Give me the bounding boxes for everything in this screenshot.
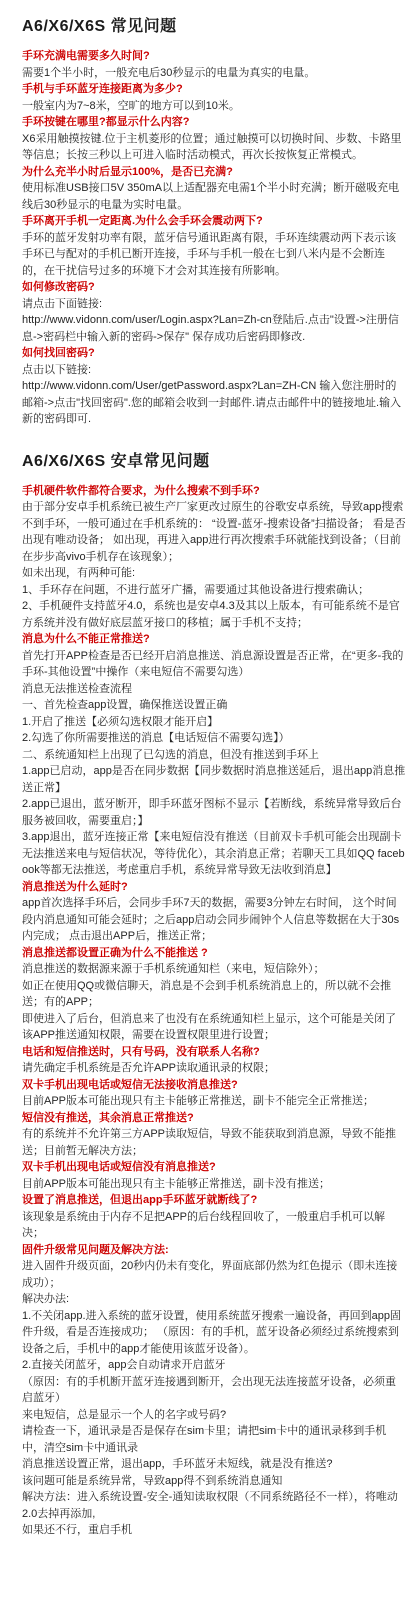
faq-answer: 1.app已启动，app是否在同步数据【同步数据时消息推送延后，退出app消息推…	[22, 763, 406, 796]
faq-question: 消息推送都设置正确为什么不能推送 ?	[22, 945, 406, 962]
faq-answer: 2.app已退出，蓝牙断开，即手环蓝牙图标不显示【若断线，系统异常导致后台服务被…	[22, 796, 406, 829]
faq-question: 如何修改密码?	[22, 279, 406, 296]
faq-answer: 目前APP版本可能出现只有主卡能够正常推送，副卡不能完全正常推送；	[22, 1093, 406, 1110]
faq-question: 消息推送为什么延时?	[22, 879, 406, 896]
faq-answer: http://www.vidonn.com/User/getPassword.a…	[22, 378, 406, 428]
faq-question: 手机硬件软件都符合要求，为什么搜索不到手环?	[22, 483, 406, 500]
faq-answer: 首先打开APP检查是否已经开启消息推送、消息源设置是否正常，在“更多-我的手环-…	[22, 648, 406, 681]
faq-question: 双卡手机出现电话或短信无法接收消息推送?	[22, 1077, 406, 1094]
section-title: A6/X6/X6S 常见问题	[22, 17, 406, 37]
faq-answer: 2、手机硬件支持蓝牙4.0，系统也是安卓4.3及其以上版本，有可能系统不是官方系…	[22, 598, 406, 631]
faq-question: 消息为什么不能正常推送?	[22, 631, 406, 648]
faq-question: 手环离开手机一定距离.为什么会手环会震动两下?	[22, 213, 406, 230]
faq-answer: 1.不关闭app.进入系统的蓝牙设置，使用系统蓝牙搜索一遍设备，再回到app固件…	[22, 1308, 406, 1358]
faq-answer: http://www.vidonn.com/user/Login.aspx?La…	[22, 312, 406, 345]
faq-answer: （原因：有的手机断开蓝牙连接遇到断开，会出现无法连接蓝牙设备，必须重启蓝牙）	[22, 1374, 406, 1407]
faq-question: 手环充满电需要多久时间?	[22, 48, 406, 65]
faq-question: 设置了消息推送，但退出app手环蓝牙就断线了?	[22, 1192, 406, 1209]
faq-answer: 请先确定手机系统是否允许APP读取通讯录的权限；	[22, 1060, 406, 1077]
faq-answer: 一般室内为7~8米，空旷的地方可以到10米。	[22, 98, 406, 115]
faq-answer: 来电短信，总是显示一个人的名字或号码?	[22, 1407, 406, 1424]
faq-answer: 如未出现，有两种可能:	[22, 565, 406, 582]
faq-answer: 手环的蓝牙发射功率有限，蓝牙信号通讯距离有限，手环连续震动两下表示该手环已与配对…	[22, 230, 406, 280]
faq-answer: 消息无法推送检查流程	[22, 681, 406, 698]
faq-answer: 该现象是系统由于内存不足把APP的后台线程回收了，一般重启手机可以解决；	[22, 1209, 406, 1242]
faq-question: 如何找回密码?	[22, 345, 406, 362]
faq-answer: 消息推送的数据源来源于手机系统通知栏（来电，短信除外）；	[22, 961, 406, 978]
faq-answer: 进入固件升级页面，20秒内仍未有变化，界面底部仍然为红色提示（即未连接成功）；	[22, 1258, 406, 1291]
faq-answer: 目前APP版本可能出现只有主卡能够正常推送，副卡没有推送；	[22, 1176, 406, 1193]
faq-answer: 一、首先检查app设置，确保推送设置正确	[22, 697, 406, 714]
faq-answer: 3.app退出，蓝牙连接正常【来电短信没有推送（目前双卡手机可能会出现副卡无法推…	[22, 829, 406, 879]
faq-answer: 消息推送设置正常，退出app，手环蓝牙未短线，就是没有推送?	[22, 1456, 406, 1473]
faq-answer: 即使进入了后台，但消息来了也没有在系统通知栏上显示，这个可能是关闭了该APP推送…	[22, 1011, 406, 1044]
faq-question: 手环按键在哪里?都显示什么内容?	[22, 114, 406, 131]
faq-question: 短信没有推送，其余消息正常推送?	[22, 1110, 406, 1127]
faq-answer: 使用标准USB接口5V 350mA以上适配器充电需1个半小时充满；断开磁吸充电线…	[22, 180, 406, 213]
faq-answer: 该问题可能是系统异常，导致app得不到系统消息通知	[22, 1473, 406, 1490]
faq-question: 双卡手机出现电话或短信没有消息推送?	[22, 1159, 406, 1176]
faq-answer: 点击以下链接:	[22, 362, 406, 379]
faq-answer: 2.勾选了你所需要推送的消息【电话短信不需要勾选】）	[22, 730, 406, 747]
faq-answer: 由于部分安卓手机系统已被生产厂家更改过原生的谷歌安卓系统，导致app搜索不到手环…	[22, 499, 406, 565]
faq-question: 手机与手环蓝牙连接距离为多少?	[22, 81, 406, 98]
faq-answer: 1、手环存在问题，不进行蓝牙广播，需要通过其他设备进行搜索确认；	[22, 582, 406, 599]
faq-answer: 解决方法：进入系统设置-安全-通知读取权限（不同系统路径不一样），将唯动2.0去…	[22, 1489, 406, 1522]
faq-answer: app首次选择手环后，会同步手环7天的数据，需要3分钟左右时间， 这个时间段内消…	[22, 895, 406, 945]
faq-answer: X6采用触摸按键.位于主机菱形的位置；通过触摸可以切换时间、步数、卡路里等信息；…	[22, 131, 406, 164]
faq-answer: 如果还不行，重启手机	[22, 1522, 406, 1539]
faq-answer: 二、系统通知栏上出现了已勾选的消息，但没有推送到手环上	[22, 747, 406, 764]
faq-answer: 1.开启了推送【必须勾选权限才能开启】	[22, 714, 406, 731]
faq-question: 为什么充半小时后显示100%，是否已充满?	[22, 164, 406, 181]
faq-answer: 如正在使用QQ或微信聊天，消息是不会到手机系统消息上的，所以就不会推送；有的AP…	[22, 978, 406, 1011]
faq-answer: 解决办法:	[22, 1291, 406, 1308]
faq-answer: 请检查一下，通讯录是否是保存在sim卡里；请把sim卡中的通讯录移到手机中，清空…	[22, 1423, 406, 1456]
faq-answer: 2.直接关闭蓝牙，app会自动请求开启蓝牙	[22, 1357, 406, 1374]
faq-answer: 有的系统并不允许第三方APP读取短信，导致不能获取到消息源，导致不能推送；目前暂…	[22, 1126, 406, 1159]
faq-answer: 请点击下面链接:	[22, 296, 406, 313]
section-title: A6/X6/X6S 安卓常见问题	[22, 452, 406, 472]
faq-document: A6/X6/X6S 常见问题手环充满电需要多久时间?需要1个半小时，一般充电后3…	[0, 0, 420, 1599]
faq-answer: 需要1个半小时，一般充电后30秒显示的电量为真实的电量。	[22, 65, 406, 82]
faq-question: 电话和短信推送时，只有号码，没有联系人名称?	[22, 1044, 406, 1061]
